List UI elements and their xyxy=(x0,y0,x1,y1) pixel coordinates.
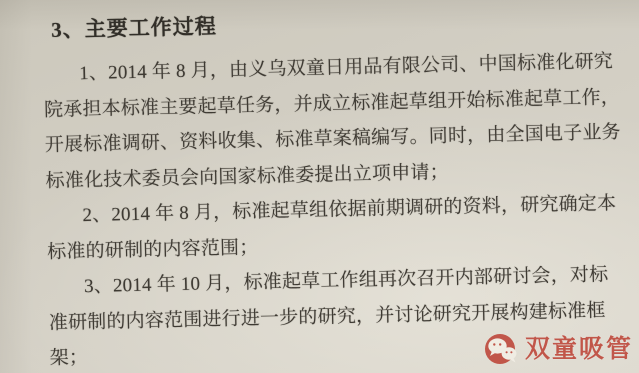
brand-name: 双童吸管 xyxy=(525,333,633,366)
document-photo: 3、主要工作过程 1、2014 年 8 月，由义乌双童日用品有限公司、中国标准化… xyxy=(0,0,639,373)
section-title: 3、主要工作过程 xyxy=(51,2,609,45)
paragraph-1: 1、2014 年 8 月，由义乌双童日用品有限公司、中国标准化研究 院承担本标准… xyxy=(43,44,612,199)
wechat-icon xyxy=(484,333,520,366)
document-body: 1、2014 年 8 月，由义乌双童日用品有限公司、中国标准化研究 院承担本标准… xyxy=(43,44,616,373)
paragraph-2: 2、2014 年 8 月，标准起草组依据前期调研的资料，研究确定本 标准的研制的… xyxy=(46,186,613,270)
brand-watermark: 双童吸管 xyxy=(484,333,633,366)
document-content: 3、主要工作过程 1、2014 年 8 月，由义乌双童日用品有限公司、中国标准化… xyxy=(42,2,616,373)
